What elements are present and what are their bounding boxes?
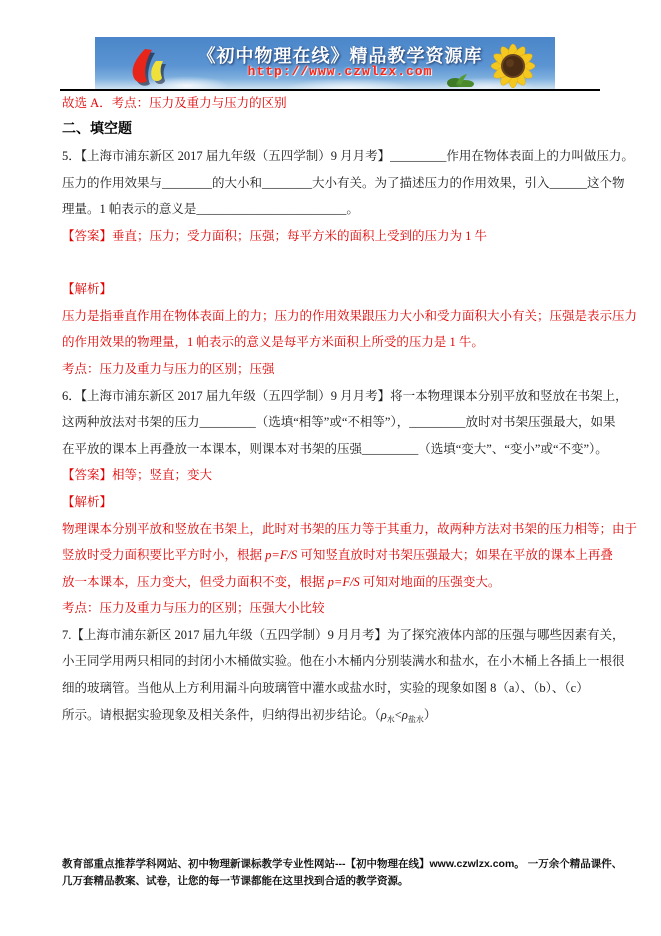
q6-line1: 6．【上海市浦东新区 2017 届九年级（五四学制）9 月月考】将一本物理课本分…	[62, 383, 622, 410]
q5-line2: 压力的作用效果与________的大小和________大小有关。为了描述压力的…	[62, 170, 622, 197]
q6-analysis-line2: 竖放时受力面积要比平方时小，根据 p=F/S 可知竖直放时对书架压强最大；如果在…	[62, 542, 622, 569]
q6-keypoint: 考点：压力及重力与压力的区别；压强大小比较	[62, 595, 622, 622]
footer-line-2: 几万套精品教案、试卷，让您的每一节课都能在这里找到合适的教学资源。	[62, 873, 622, 890]
site-logo-icon	[123, 45, 175, 89]
q5-line3: 理量。1 帕表示的意义是________________________。	[62, 196, 622, 223]
q7-line1: 7.【上海市浦东新区 2017 届九年级（五四学制）9 月月考】为了探究液体内部…	[62, 622, 622, 649]
prev-keypoint-line: 故选 A．考点：压力及重力与压力的区别	[62, 90, 622, 117]
sunflower-icon	[475, 40, 547, 89]
q5-analysis-line2: 的作用效果的物理量，1 帕表示的意义是每平方米面积上所受的压力是 1 牛。	[62, 329, 622, 356]
q6-analysis-header: 【解析】	[62, 489, 622, 516]
q6-analysis-line1: 物理课本分别平放和竖放在书架上，此时对书架的压力等于其重力，故两种方法对书架的压…	[62, 516, 622, 543]
q7-line4: 所示。请根据实验现象及相关条件，归纳得出初步结论。（ρ水<ρ盐水）	[62, 702, 622, 729]
site-banner: 《初中物理在线》精品教学资源库 http://www.czwlzx.com	[95, 37, 555, 89]
page-footer: 教育部重点推荐学科网站、初中物理新课标教学专业性网站---【初中物理在线】www…	[62, 856, 622, 890]
q6-analysis-line3: 放一本课本，压力变大，但受力面积不变，根据 p=F/S 可知对地面的压强变大。	[62, 569, 622, 596]
section-heading: 二、填空题	[62, 117, 622, 144]
q5-answer: 【答案】垂直；压力；受力面积；压强；每平方米的面积上受到的压力为 1 牛	[62, 223, 622, 250]
q7-line3: 细的玻璃管。当他从上方利用漏斗向玻璃管中灌水或盐水时，实验的现象如图 8（a）、…	[62, 675, 622, 702]
document-body: 故选 A．考点：压力及重力与压力的区别二、填空题5．【上海市浦东新区 2017 …	[62, 90, 622, 728]
q7-line2: 小王同学用两只相同的封闭小木桶做实验。他在小木桶内分别装满水和盐水，在小木桶上各…	[62, 648, 622, 675]
q5-analysis-header: 【解析】	[62, 276, 622, 303]
site-url-link[interactable]: http://www.czwlzx.com	[225, 64, 455, 79]
footer-line-1: 教育部重点推荐学科网站、初中物理新课标教学专业性网站---【初中物理在线】www…	[62, 856, 622, 873]
blank-line	[62, 250, 622, 277]
q6-answer: 【答案】相等；竖直；变大	[62, 462, 622, 489]
q5-analysis-line1: 压力是指垂直作用在物体表面上的力；压力的作用效果跟压力大小和受力面积大小有关；压…	[62, 303, 622, 330]
q6-line3: 在平放的课本上再叠放一本课本，则课本对书架的压强_________（选填“变大”…	[62, 436, 622, 463]
q6-line2: 这两种放法对书架的压力_________（选填“相等”或“不相等”），_____…	[62, 409, 622, 436]
leaf-bush-icon	[447, 71, 477, 89]
q5-keypoint: 考点：压力及重力与压力的区别；压强	[62, 356, 622, 383]
q5-line1: 5．【上海市浦东新区 2017 届九年级（五四学制）9 月月考】________…	[62, 143, 622, 170]
